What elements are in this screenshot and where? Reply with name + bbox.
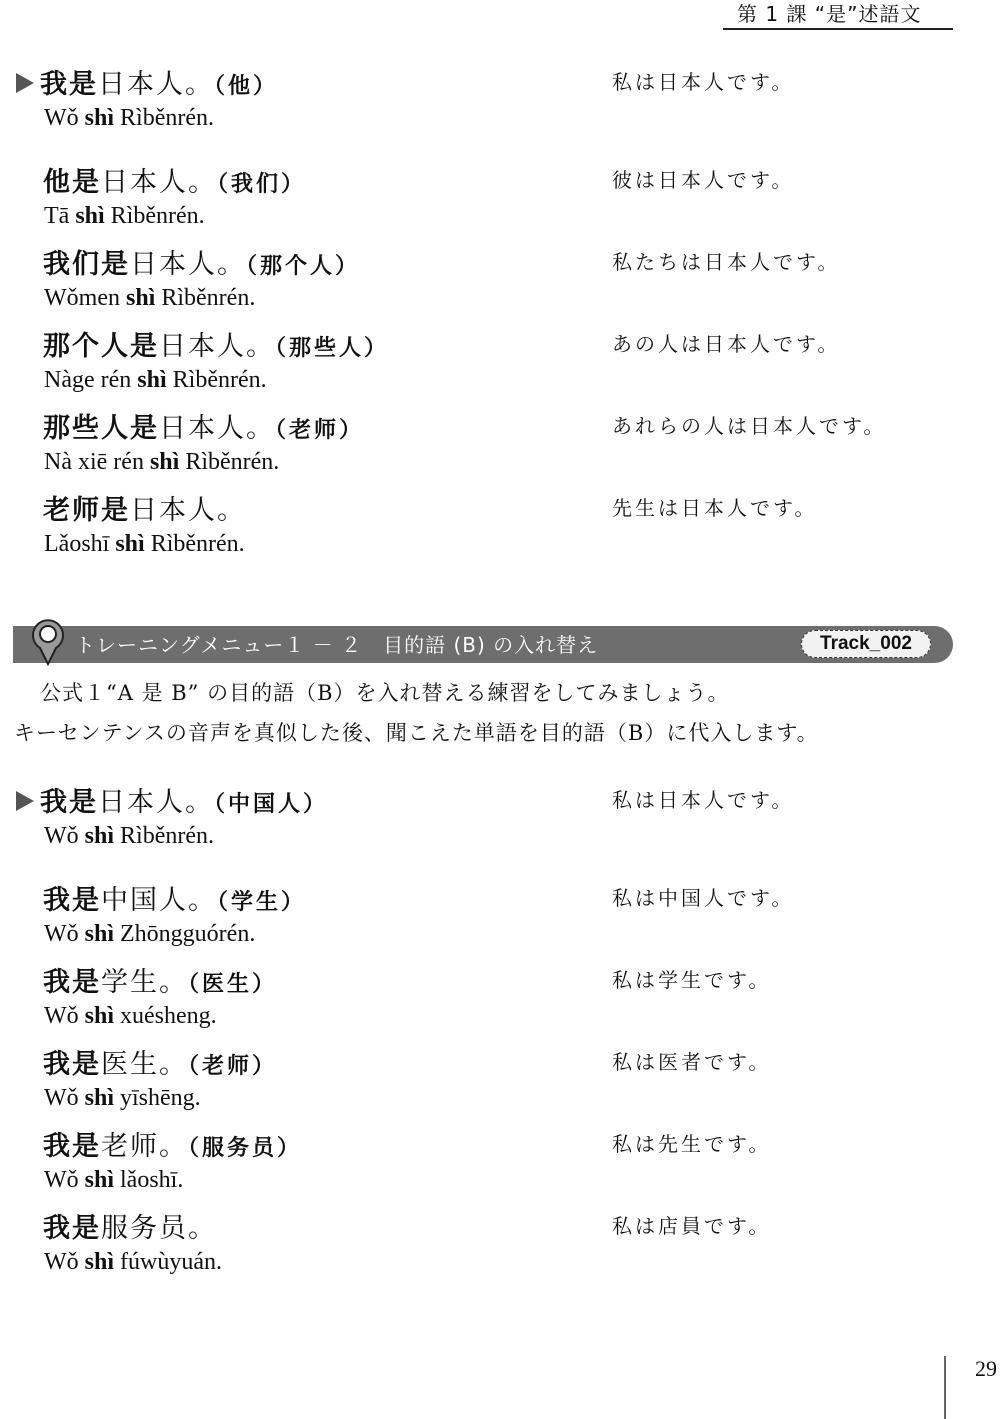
chinese-sentence: 老师是日本人。 — [43, 494, 246, 530]
japanese-translation: 私は日本人です。 — [612, 68, 794, 96]
drill-item: 我是学生。（医生） Wǒ shì xuésheng. 私は学生です。 — [0, 966, 1000, 1036]
pinyin: Wǒ shì fúwùyuán. — [44, 1248, 222, 1276]
japanese-translation: 私は先生です。 — [612, 1130, 771, 1158]
japanese-translation: 私は店員です。 — [612, 1212, 771, 1240]
chinese-sentence: 他是日本人。（我们） — [43, 166, 306, 202]
pinyin: Tā shì Rìběnrén. — [44, 202, 205, 230]
drill-item: 我是中国人。（学生） Wǒ shì Zhōngguórén. 私は中国人です。 — [0, 884, 1000, 954]
drill-item: 我是医生。（老师） Wǒ shì yīshēng. 私は医者です。 — [0, 1048, 1000, 1118]
japanese-translation: 私たちは日本人です。 — [612, 248, 840, 276]
japanese-translation: あの人は日本人です。 — [612, 330, 840, 358]
pinyin: Nàge rén shì Rìběnrén. — [44, 366, 267, 394]
japanese-translation: 私は医者です。 — [612, 1048, 771, 1076]
chapter-header: 第 1 課 “是”述語文 — [723, 0, 953, 30]
drill-item-key: 我是日本人。（他） Wǒ shì Rìběnrén. 私は日本人です。 — [0, 68, 1000, 138]
drill-item: 我是老师。（服务员） Wǒ shì lǎoshī. 私は先生です。 — [0, 1130, 1000, 1200]
audio-track-badge[interactable]: Track_002 — [801, 630, 931, 658]
chinese-sentence: 我们是日本人。（那个人） — [43, 248, 360, 284]
japanese-translation: 私は中国人です。 — [612, 884, 794, 912]
pinyin: Wǒ shì xuésheng. — [44, 1002, 217, 1030]
chinese-sentence: 我是日本人。（中国人） — [40, 786, 328, 822]
intro-line-1: 公式１“A 是 B” の目的語（B）を入れ替える練習をしてみましょう。 — [40, 678, 730, 708]
drill-item: 那些人是日本人。（老师） Nà xiē rén shì Rìběnrén. あれ… — [0, 412, 1000, 482]
play-triangle-icon — [16, 73, 34, 93]
drill-item: 我们是日本人。（那个人） Wǒmen shì Rìběnrén. 私たちは日本人… — [0, 248, 1000, 318]
chapter-title: 第 1 課 “是”述語文 — [737, 0, 922, 27]
japanese-translation: あれらの人は日本人です。 — [612, 412, 886, 440]
pinyin: Wǒ shì Zhōngguórén. — [44, 920, 255, 948]
pinyin: Lǎoshī shì Rìběnrén. — [44, 530, 245, 558]
chinese-sentence: 我是医生。（老师） — [43, 1048, 277, 1084]
japanese-translation: 彼は日本人です。 — [612, 166, 794, 194]
drill-item: 我是服务员。 Wǒ shì fúwùyuán. 私は店員です。 — [0, 1212, 1000, 1282]
pinyin: Wǒ shì Rìběnrén. — [44, 822, 214, 850]
chinese-sentence: 我是服务员。 — [43, 1212, 217, 1248]
pinyin: Wǒ shì lǎoshī. — [44, 1166, 183, 1194]
pinyin: Wǒmen shì Rìběnrén. — [44, 284, 255, 312]
japanese-translation: 私は学生です。 — [612, 966, 771, 994]
pinyin: Wǒ shì Rìběnrén. — [44, 104, 214, 132]
japanese-translation: 先生は日本人です。 — [612, 494, 817, 522]
chinese-sentence: 我是中国人。（学生） — [43, 884, 306, 920]
chinese-sentence: 那个人是日本人。（那些人） — [43, 330, 389, 366]
page-number-divider — [944, 1356, 946, 1419]
chinese-sentence: 我是学生。（医生） — [43, 966, 277, 1002]
map-pin-icon — [30, 618, 66, 666]
drill-item-key: 我是日本人。（中国人） Wǒ shì Rìběnrén. 私は日本人です。 — [0, 786, 1000, 856]
intro-line-2: キーセンテンスの音声を真似した後、聞こえた単語を目的語（B）に代入します。 — [14, 718, 819, 748]
drill-item: 那个人是日本人。（那些人） Nàge rén shì Rìběnrén. あの人… — [0, 330, 1000, 400]
pinyin: Nà xiē rén shì Rìběnrén. — [44, 448, 279, 476]
drill-item: 他是日本人。（我们） Tā shì Rìběnrén. 彼は日本人です。 — [0, 166, 1000, 236]
pinyin: Wǒ shì yīshēng. — [44, 1084, 201, 1112]
play-triangle-icon — [16, 791, 34, 811]
chinese-sentence: 我是日本人。（他） — [40, 68, 278, 104]
chinese-sentence: 那些人是日本人。（老师） — [43, 412, 364, 448]
training-menu-title: トレーニングメニュー１ － ２ 目的語 (B) の入れ替え — [75, 632, 598, 658]
page-number: 29 — [975, 1356, 997, 1382]
chinese-sentence: 我是老师。（服务员） — [43, 1130, 302, 1166]
japanese-translation: 私は日本人です。 — [612, 786, 794, 814]
drill-item: 老师是日本人。 Lǎoshī shì Rìběnrén. 先生は日本人です。 — [0, 494, 1000, 564]
